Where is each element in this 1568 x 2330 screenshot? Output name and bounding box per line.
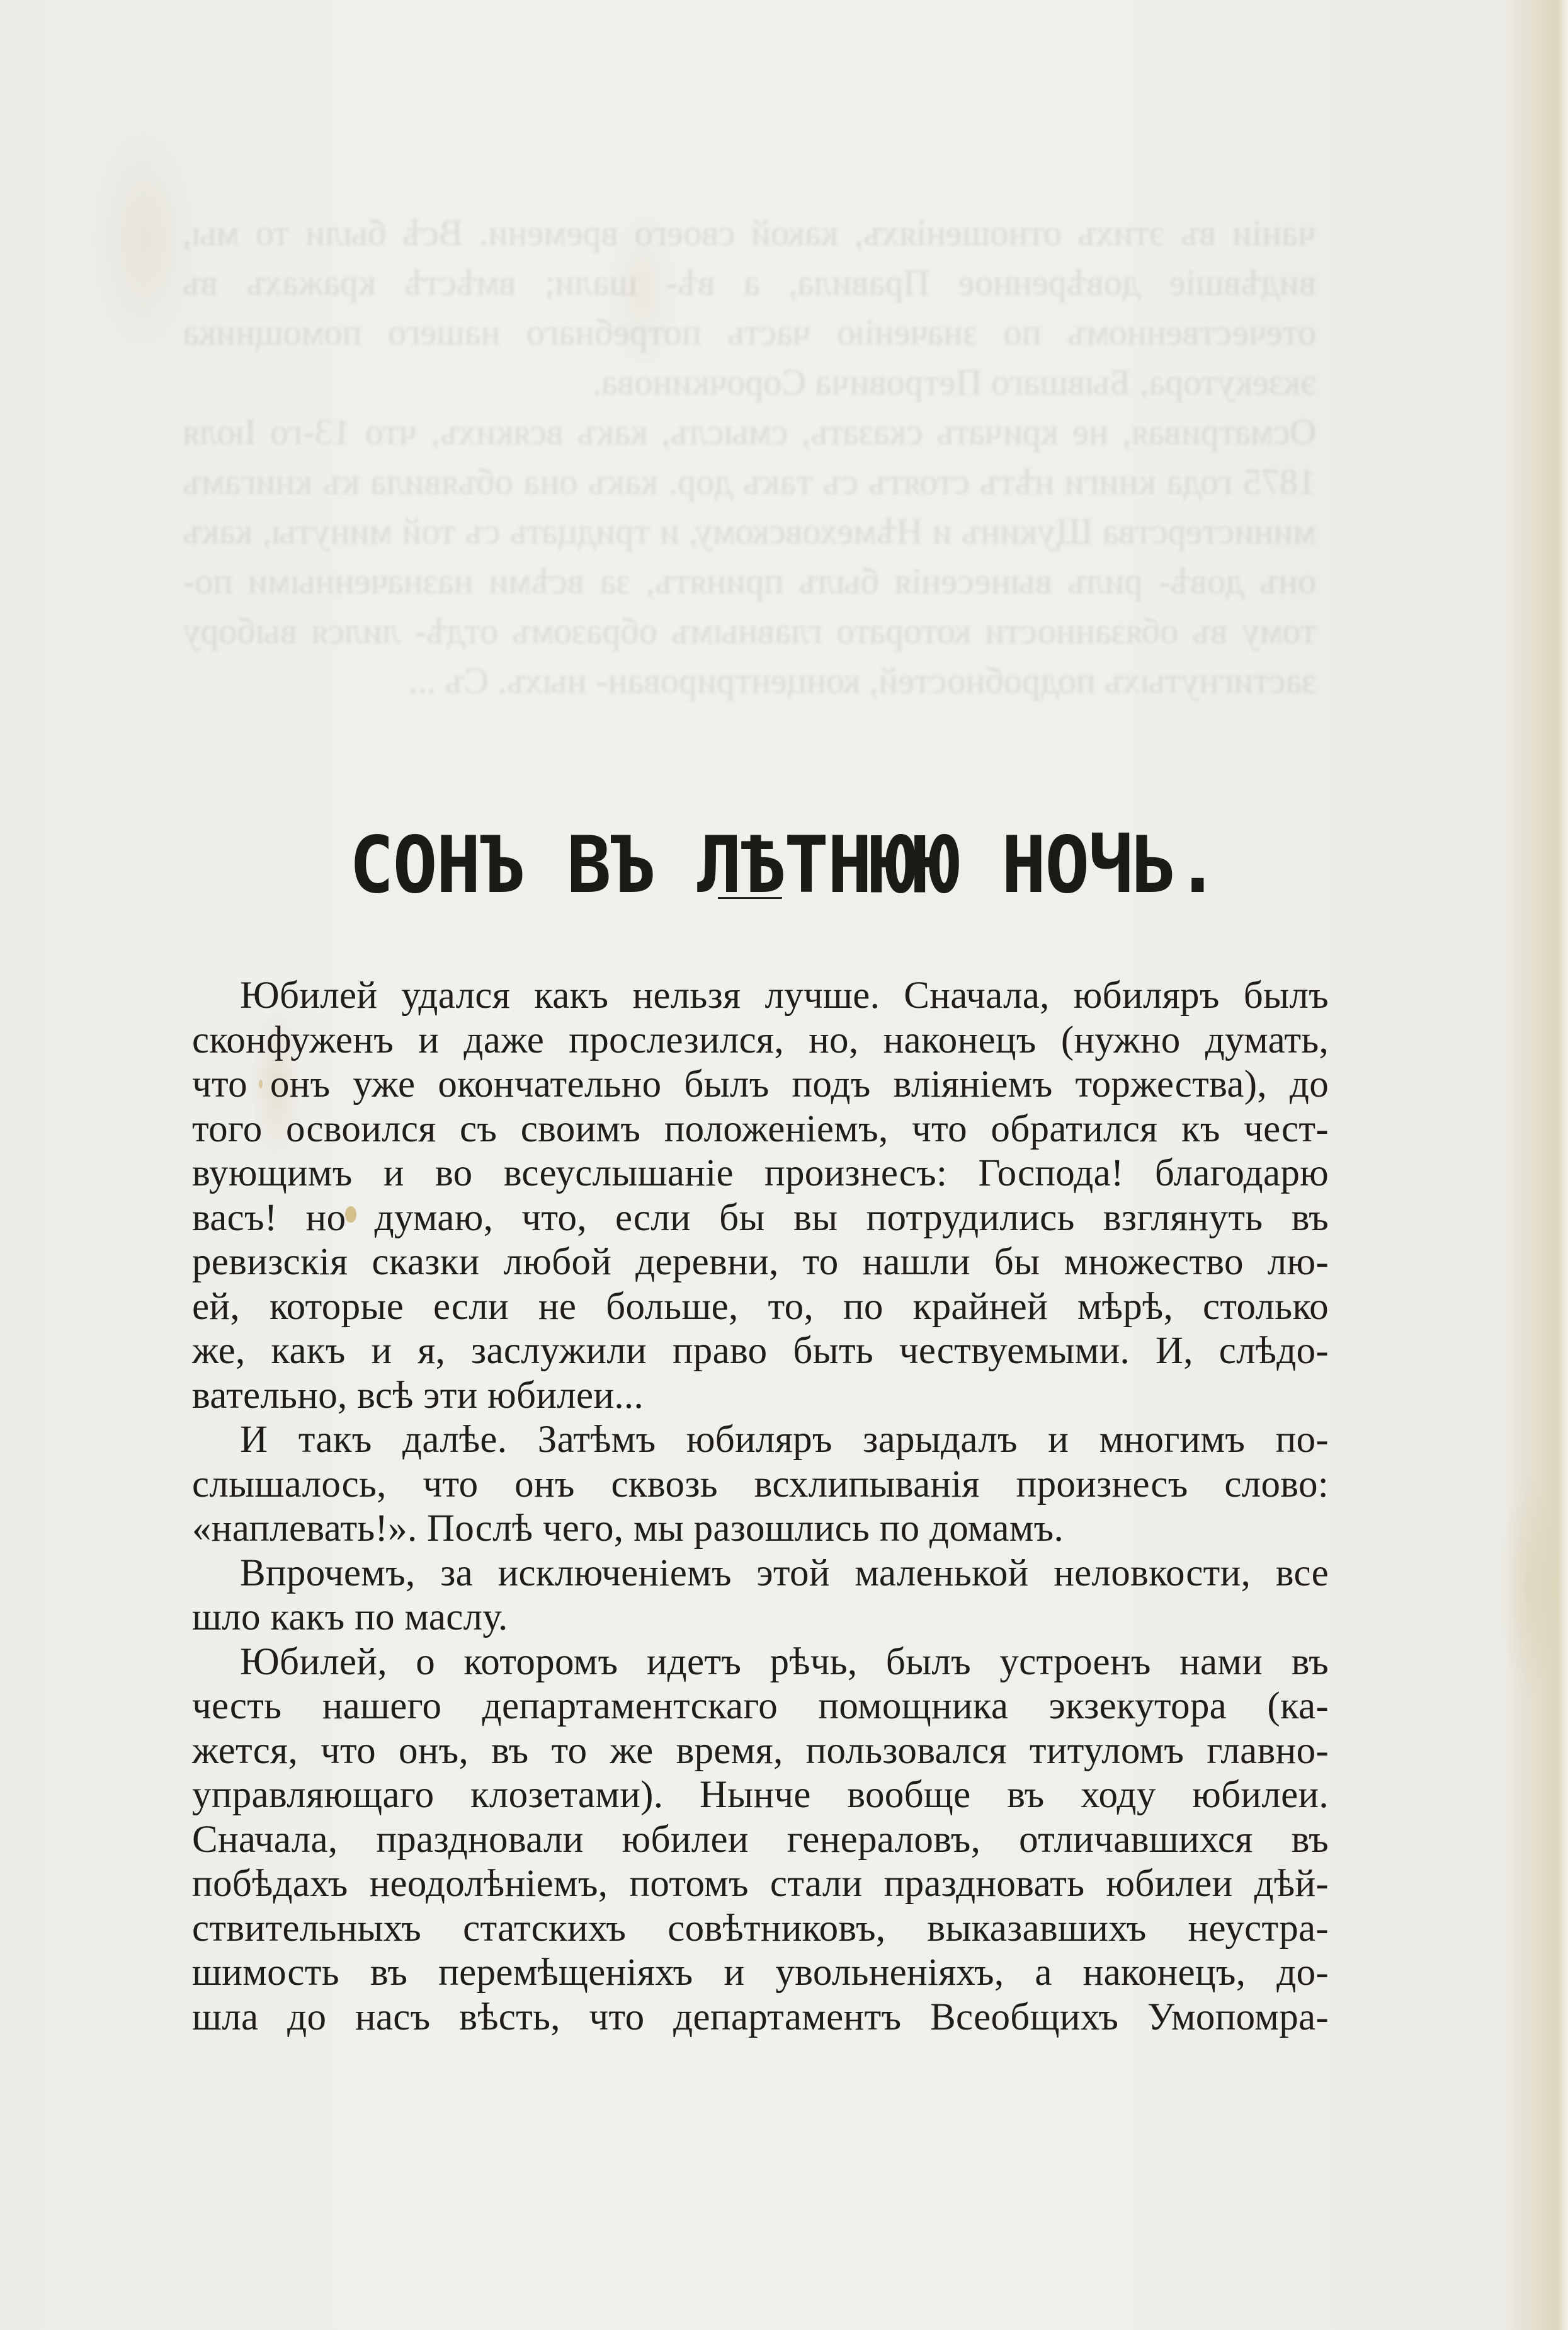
reverse-side-bleed-through: чаніи въ этихъ отношеніяхъ, какой своего… [183, 208, 1316, 705]
text-line: ей, которые если не больше, то, по крайн… [192, 1285, 1329, 1330]
text-line: же, какъ и я, заслужили право быть честв… [192, 1329, 1329, 1374]
text-line: жется, что онъ, въ то же время, пользова… [192, 1729, 1329, 1774]
text-line: «наплевать!». Послѣ чего, мы разошлись п… [192, 1507, 1329, 1551]
paper-stain [345, 1206, 356, 1223]
body-text: Юбилей удался какъ нельзя лучше. Сначала… [192, 974, 1329, 2040]
text-line: шла до насъ вѣсть, что департаментъ Всео… [192, 1996, 1329, 2040]
text-line: ревизскія сказки любой деревни, то нашли… [192, 1240, 1329, 1285]
text-line: васъ! но думаю, что, если бы вы потрудил… [192, 1196, 1329, 1241]
text-line: Юбилей удался какъ нельзя лучше. Сначала… [192, 974, 1329, 1019]
text-line: ствительныхъ статскихъ совѣтниковъ, выка… [192, 1907, 1329, 1951]
text-line: Впрочемъ, за исключеніемъ этой маленькой… [192, 1551, 1329, 1596]
paragraph-1: Юбилей удался какъ нельзя лучше. Сначала… [192, 974, 1329, 1418]
scanned-book-page: чаніи въ этихъ отношеніяхъ, какой своего… [0, 0, 1568, 2330]
paragraph-2: И такъ далѣе. Затѣмъ юбиляръ зарыдалъ и … [192, 1418, 1329, 1551]
text-line: что онъ уже окончательно былъ подъ вліян… [192, 1063, 1329, 1107]
text-line: того освоился съ своимъ положеніемъ, что… [192, 1107, 1329, 1152]
text-line: шимость въ перемѣщеніяхъ и увольненіяхъ,… [192, 1951, 1329, 1996]
text-line: Юбилей, о которомъ идетъ рѣчь, былъ устр… [192, 1640, 1329, 1685]
text-line: вательно, всѣ эти юбилеи... [192, 1374, 1329, 1419]
text-line: И такъ далѣе. Затѣмъ юбиляръ зарыдалъ и … [192, 1418, 1329, 1463]
paragraph-4: Юбилей, о которомъ идетъ рѣчь, былъ устр… [192, 1640, 1329, 2040]
text-line: честь нашего департаментскаго помощника … [192, 1684, 1329, 1729]
paragraph-3: Впрочемъ, за исключеніемъ этой маленькой… [192, 1551, 1329, 1640]
text-line: управляющаго клозетами). Нынче вообще въ… [192, 1773, 1329, 1818]
text-line: побѣдахъ неодолѣніемъ, потомъ стали праз… [192, 1862, 1329, 1907]
title-separator-rule [718, 897, 782, 899]
text-line: сконфуженъ и даже прослезился, но, након… [192, 1019, 1329, 1063]
chapter-title: СОНЪ ВЪ ЛѢТНЮЮ НОЧЬ. [0, 819, 1568, 911]
paper-stain [259, 1080, 263, 1088]
text-line: вующимъ и во всеуслышаніе произнесъ: Гос… [192, 1151, 1329, 1196]
text-line: Сначала, праздновали юбилеи генераловъ, … [192, 1818, 1329, 1863]
text-line: слышалось, что онъ сквозь всхлипыванія п… [192, 1463, 1329, 1507]
text-line: шло какъ по маслу. [192, 1596, 1329, 1640]
